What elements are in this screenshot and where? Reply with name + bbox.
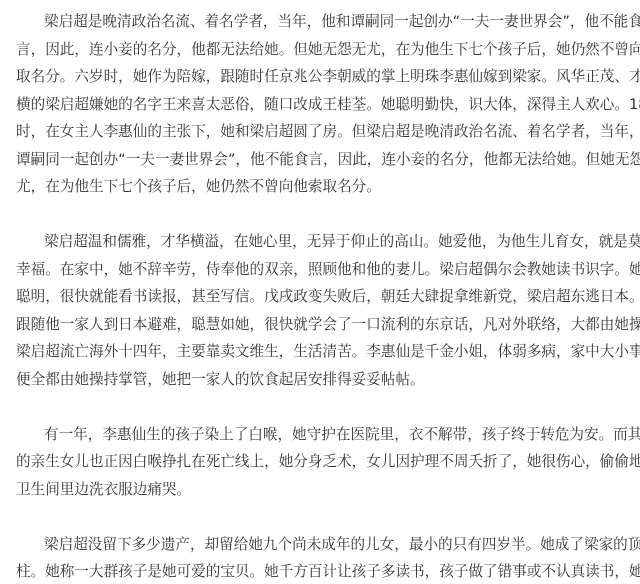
article-body: 梁启超是晚清政治名流、着名学者，当年，他和谭嗣同一起创办“一夫一妻世界会”，他不… xyxy=(0,0,628,584)
paragraph-1: 梁启超是晚清政治名流、着名学者，当年，他和谭嗣同一起创办“一夫一妻世界会”，他不… xyxy=(16,8,628,201)
text-line: 卫生间里边洗衣服边痛哭。 xyxy=(16,476,628,504)
text-line: 梁启超温和儒雅，才华横溢，在她心里，无异于仰止的高山。她爱他，为他生儿育女，就是… xyxy=(16,228,628,256)
text-line: 谭嗣同一起创办“一夫一妻世界会”，他不能食言，因此，连小妾的名分，他都无法给她。… xyxy=(16,146,628,174)
text-line: 梁启超没留下多少遗产，却留给她九个尚未成年的儿女，最小的只有四岁半。她成了梁家的… xyxy=(16,531,628,559)
text-line: 梁启超是晚清政治名流、着名学者，当年，他和谭嗣同一起创办“一夫一妻世界会”，他不… xyxy=(16,8,628,36)
text-line: 横的梁启超嫌她的名字王来喜太恶俗，随口改成王桂荃。她聪明勤快，识大体，深得主人欢… xyxy=(16,91,628,119)
paragraph-3: 有一年，李惠仙生的孩子染上了白喉，她守护在医院里，衣不解带，孩子终于转危为安。而… xyxy=(16,421,628,504)
text-line: 便全都由她操持掌管，她把一家人的饮食起居安排得妥妥帖帖。 xyxy=(16,366,628,394)
text-line: 取名分。六岁时，她作为陪嫁，跟随时任京兆公李朝威的掌上明珠李惠仙嫁到梁家。风华正… xyxy=(16,63,628,91)
text-line: 的亲生女儿也正因白喉挣扎在死亡线上，她分身乏术，女儿因护理不周夭折了，她很伤心，… xyxy=(16,448,628,476)
text-line: 有一年，李惠仙生的孩子染上了白喉，她守护在医院里，衣不解带，孩子终于转危为安。而… xyxy=(16,421,628,449)
paragraph-2: 梁启超温和儒雅，才华横溢，在她心里，无异于仰止的高山。她爱他，为他生儿育女，就是… xyxy=(16,228,628,393)
text-line: 聪明，很快就能看书读报，甚至写信。戊戌政变失败后，朝廷大肆捉拿维新党，梁启超东逃… xyxy=(16,283,628,311)
text-line: 跟随他一家人到日本避难，聪慧如她，很快就学会了一口流利的东京话，凡对外联络，大都… xyxy=(16,311,628,339)
text-line: 尤，在为他生下七个孩子后，她仍然不曾向他索取名分。 xyxy=(16,173,628,201)
text-line: 梁启超流亡海外十四年，主要靠卖文维生，生活清苦。李惠仙是千金小姐，体弱多病，家中… xyxy=(16,338,628,366)
text-line: 柱。她称一大群孩子是她可爱的宝贝。她千方百计让孩子多读书，孩子做了错事或不认真读… xyxy=(16,558,628,584)
text-line: 幸福。在家中，她不辞辛劳，侍奉他的双亲，照顾他和他的妻儿。梁启超偶尔会教她读书识… xyxy=(16,256,628,284)
text-line: 言，因此，连小妾的名分，他都无法给她。但她无怨无尤，在为他生下七个孩子后，她仍然… xyxy=(16,36,628,64)
text-line: 时，在女主人李惠仙的主张下，她和梁启超圆了房。但梁启超是晚清政治名流、着名学者，… xyxy=(16,118,628,146)
paragraph-4: 梁启超没留下多少遗产，却留给她九个尚未成年的儿女，最小的只有四岁半。她成了梁家的… xyxy=(16,531,628,584)
